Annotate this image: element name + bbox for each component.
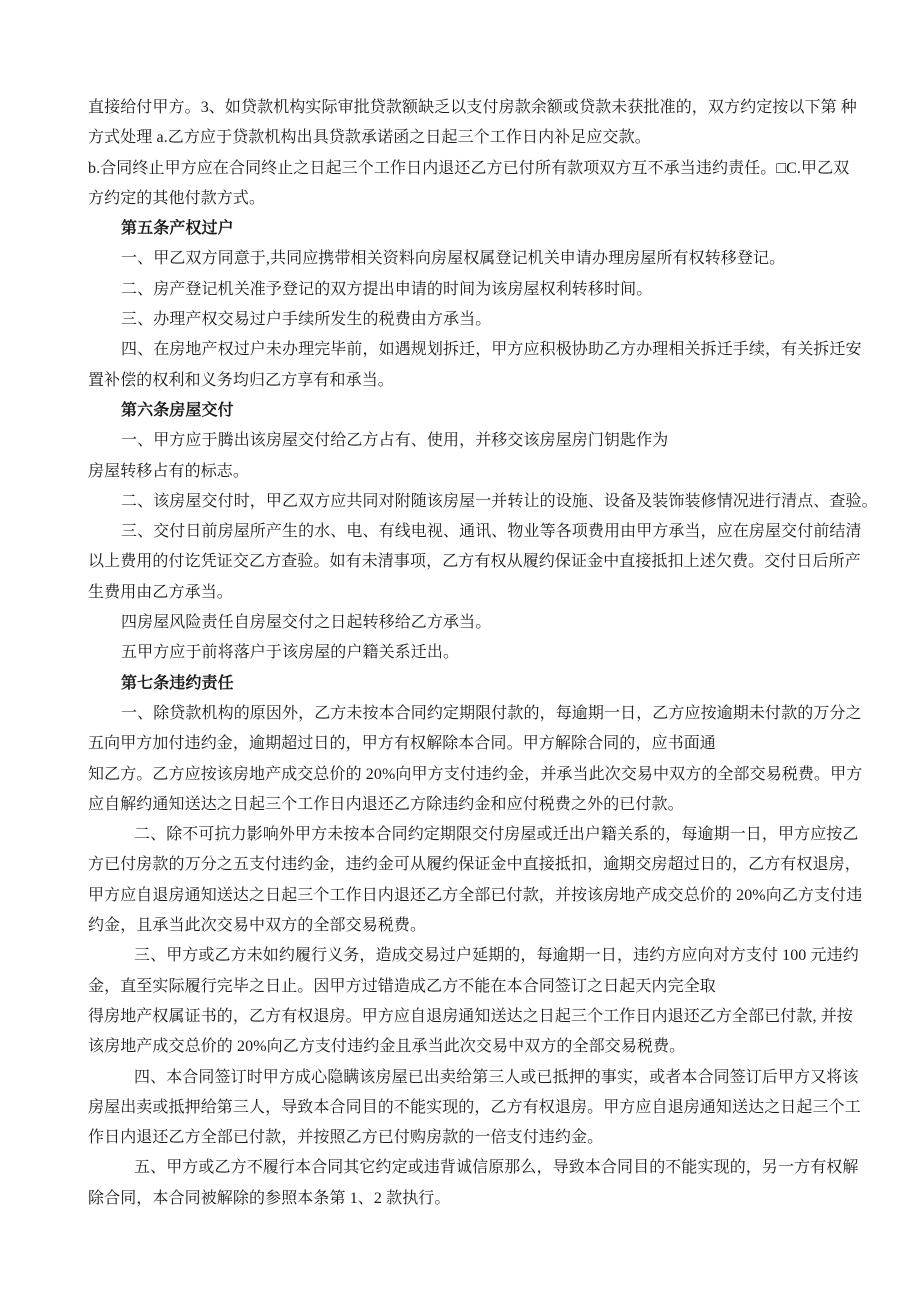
text-line: 三、甲方或乙方未如约履行义务，造成交易过户延期的，每逾期一日，违约方应向对方支付… <box>88 941 840 971</box>
section-heading: 第七条违约责任 <box>88 669 840 699</box>
text-line: 二、该房屋交付时，甲乙双方应共同对附随该房屋一并转让的设施、设备及装饰装修情况进… <box>88 487 840 517</box>
text-line: 二、房产登记机关准予登记的双方提出申请的时间为该房屋权利转移时间。 <box>88 275 840 305</box>
contract-document-page: 直接给付甲方。3、如贷款机构实际审批贷款额缺乏以支付房款余额或贷款未获批准的，双… <box>0 0 920 1301</box>
text-line: 直接给付甲方。3、如贷款机构实际审批贷款额缺乏以支付房款余额或贷款未获批准的，双… <box>88 93 840 123</box>
text-line: 四、在房地产权过户未办理完毕前，如遇规划拆迁，甲方应积极协助乙方办理相关拆迁手续… <box>88 335 840 365</box>
text-line: 四、本合同签订时甲方成心隐瞒该房屋已出卖给第三人或已抵押的事实，或者本合同签订后… <box>88 1063 840 1093</box>
text-line: 应自解约通知送达之日起三个工作日内退还乙方除违约金和应付税费之外的已付款。 <box>88 790 840 820</box>
text-line: 房屋转移占有的标志。 <box>88 457 840 487</box>
document-body: 直接给付甲方。3、如贷款机构实际审批贷款额缺乏以支付房款余额或贷款未获批准的，双… <box>88 93 840 1214</box>
text-line: 五甲方应于前将落户于该房屋的户籍关系迁出。 <box>88 638 840 668</box>
text-line: 得房地产权属证书的，乙方有权退房。甲方应自退房通知送达之日起三个工作日内退还乙方… <box>88 1002 840 1032</box>
text-line: 一、甲方应于腾出该房屋交付给乙方占有、使用，并移交该房屋房门钥匙作为 <box>88 426 840 456</box>
text-line: 二、除不可抗力影响外甲方未按本合同约定期限交付房屋或迁出户籍关系的，每逾期一日，… <box>88 820 840 850</box>
text-line: 四房屋风险责任自房屋交付之日起转移给乙方承当。 <box>88 608 840 638</box>
text-line: 一、甲乙双方同意于,共同应携带相关资料向房屋权属登记机关申请办理房屋所有权转移登… <box>88 244 840 274</box>
text-line: 方式处理 a.乙方应于贷款机构出具贷款承诺函之日起三个工作日内补足应交款。 <box>88 123 840 153</box>
text-line: 一、除贷款机构的原因外，乙方未按本合同约定期限付款的，每逾期一日，乙方应按逾期未… <box>88 699 840 729</box>
text-line: 方已付房款的万分之五支付违约金，违约金可从履约保证金中直接抵扣，逾期交房超过日的… <box>88 850 840 880</box>
text-line: 除合同，本合同被解除的参照本条第 1、2 款执行。 <box>88 1184 840 1214</box>
section-heading: 第五条产权过户 <box>88 214 840 244</box>
text-line: 五、甲方或乙方不履行本合同其它约定或违背诚信原那么，导致本合同目的不能实现的，另… <box>88 1153 840 1183</box>
text-line: 五向甲方加付违约金，逾期超过日的，甲方有权解除本合同。甲方解除合同的，应书面通 <box>88 729 840 759</box>
text-line: 该房地产成交总价的 20%向乙方支付违约金且承当此次交易中双方的全部交易税费。 <box>88 1032 840 1062</box>
text-line: 三、交付日前房屋所产生的水、电、有线电视、通讯、物业等各项费用由甲方承当，应在房… <box>88 517 840 547</box>
text-line: 作日内退还乙方全部已付款，并按照乙方已付购房款的一倍支付违约金。 <box>88 1123 840 1153</box>
text-line: 知乙方。乙方应按该房地产成交总价的 20%向甲方支付违约金，并承当此次交易中双方… <box>88 760 840 790</box>
text-line: 金，直至实际履行完毕之日止。因甲方过错造成乙方不能在本合同签订之日起天内完全取 <box>88 972 840 1002</box>
text-line: b.合同终止甲方应在合同终止之日起三个工作日内退还乙方已付所有款项双方互不承当违… <box>88 154 840 184</box>
text-line: 方约定的其他付款方式。 <box>88 184 840 214</box>
text-line: 约金，且承当此次交易中双方的全部交易税费。 <box>88 911 840 941</box>
text-line: 生费用由乙方承当。 <box>88 578 840 608</box>
text-line: 以上费用的付讫凭证交乙方查验。如有未清事项，乙方有权从履约保证金中直接抵扣上述欠… <box>88 547 840 577</box>
text-line: 甲方应自退房通知送达之日起三个工作日内退还乙方全部已付款，并按该房地产成交总价的… <box>88 881 840 911</box>
text-line: 房屋出卖或抵押给第三人，导致本合同目的不能实现的，乙方有权退房。甲方应自退房通知… <box>88 1093 840 1123</box>
text-line: 置补偿的权利和义务均归乙方享有和承当。 <box>88 366 840 396</box>
text-line: 三、办理产权交易过户手续所发生的税费由方承当。 <box>88 305 840 335</box>
section-heading: 第六条房屋交付 <box>88 396 840 426</box>
